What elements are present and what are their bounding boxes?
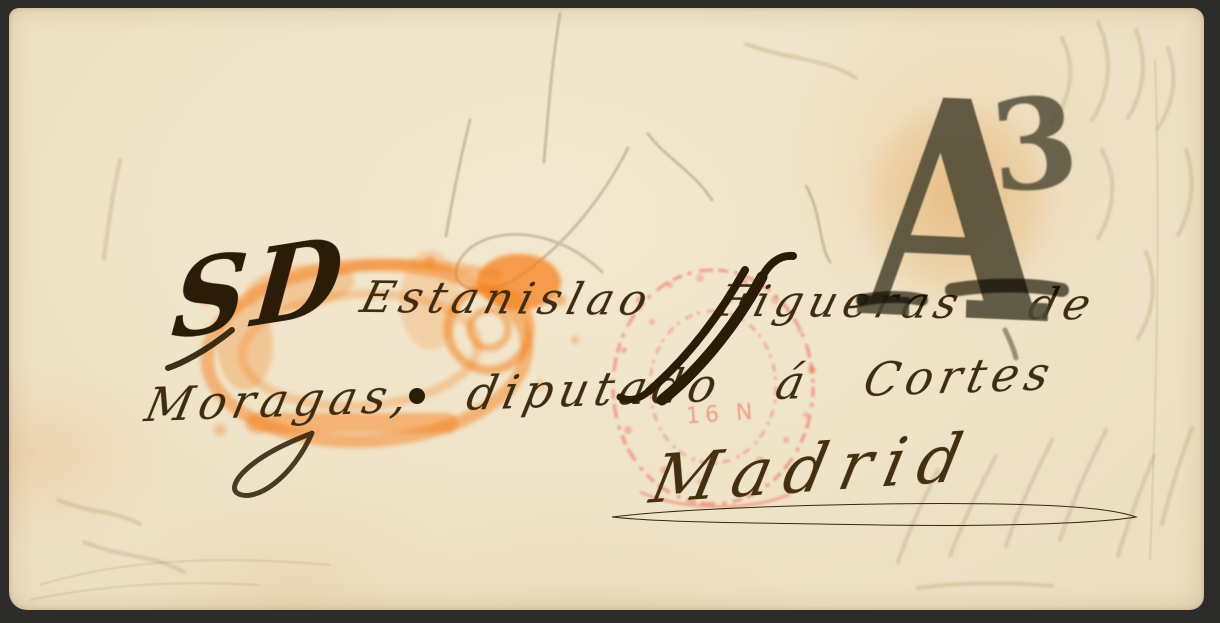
handstamp-superscript: 3 — [986, 79, 1084, 211]
photo-frame: 16 N SD Estanislao Figueras de Moragas, … — [0, 0, 1220, 623]
franchise-handstamp: A 3 — [843, 95, 1103, 355]
